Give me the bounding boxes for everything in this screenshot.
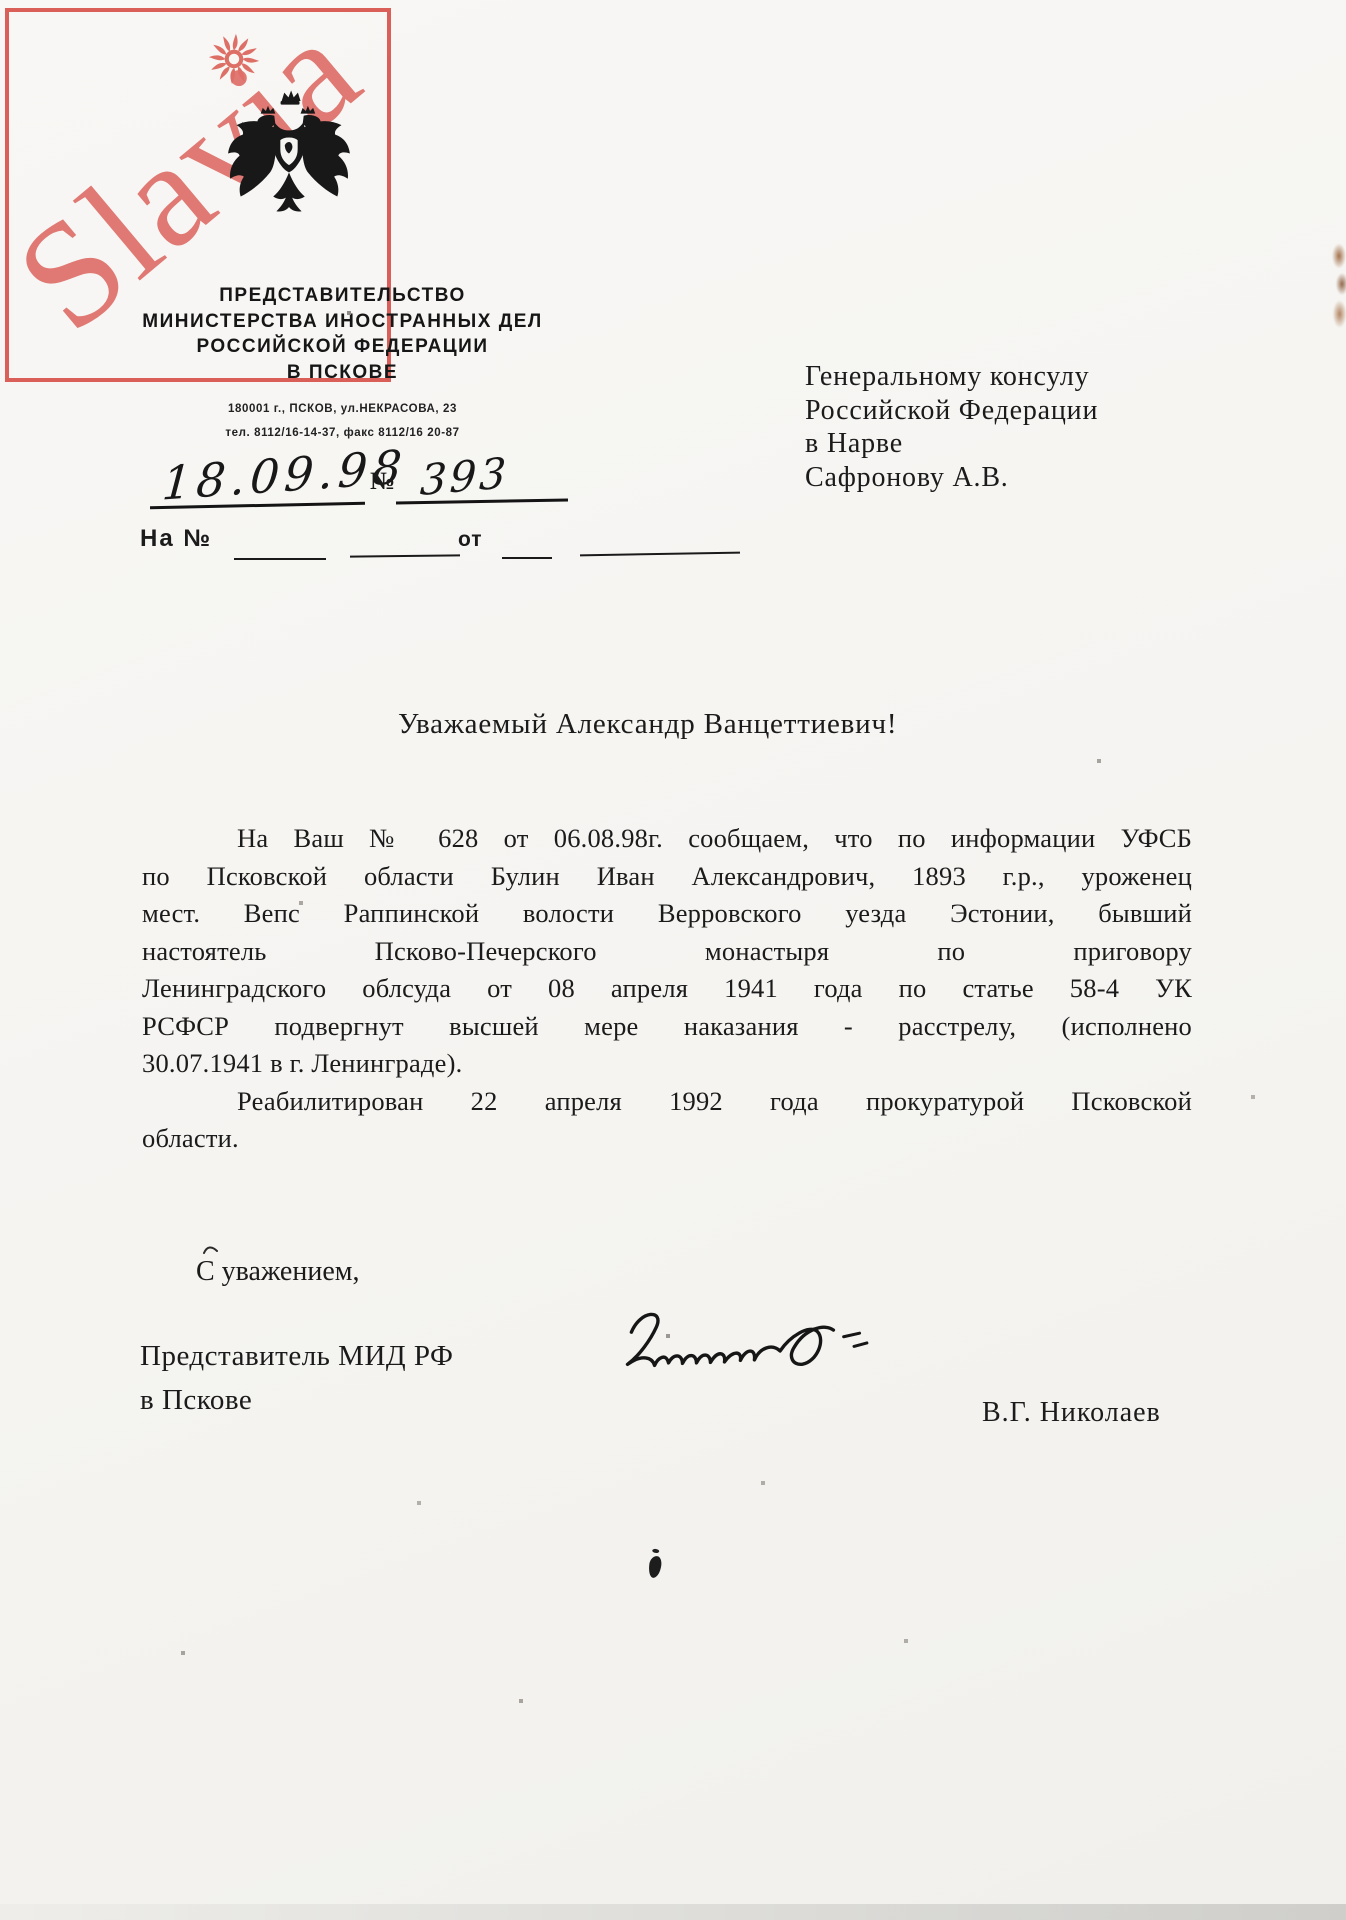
blank-underline [580,552,740,557]
salutation: Уважаемый Александр Ванцеттиевич! [398,708,897,741]
addressee-line-1: Генеральному консулу [805,360,1205,394]
number-sign: № [370,468,395,496]
addressee-line-4: Сафронову А.В. [805,461,1205,495]
letterhead-contact-block: 180001 г., ПСКОВ, ул.НЕКРАСОВА, 23 тел. … [120,397,565,445]
body-line: 30.07.1941 в г. Ленинграде). [142,1045,1192,1083]
signer-name: В.Г. Николаев [982,1397,1161,1429]
scanned-letter-page: Slavia ПРЕДСТАВИТЕЛЬСТВО МИНИСТЕР [0,0,1346,1920]
addressee-line-2: Российской Федерации [805,394,1205,428]
regards-line: С уважением, [196,1256,359,1288]
letterhead-address: 180001 г., ПСКОВ, ул.НЕКРАСОВА, 23 [120,397,565,421]
handwritten-number: 393 [419,448,510,505]
blank-underline [502,557,552,559]
letter-body: На Ваш № 628 от 06.08.98г. сообщаем, что… [142,820,1192,1158]
scan-speckles [0,0,2,2]
body-line: по Псковской области Булин Иван Александ… [142,858,1192,896]
body-line: настоятель Псково-Печерского монастыря п… [142,933,1192,971]
reply-ref-label: На № [140,525,212,553]
letterhead-line-1: ПРЕДСТАВИТЕЛЬСТВО [120,283,565,309]
letterhead-line-3: РОССИЙСКОЙ ФЕДЕРАЦИИ [120,334,565,360]
letterhead-line-4: В ПСКОВЕ [120,360,565,386]
ink-tilde-mark [203,1244,219,1256]
from-label: от [458,528,483,552]
ink-blob [648,1555,663,1578]
body-line: области. [142,1120,1192,1158]
paper-stain [1318,236,1346,336]
blank-underline [234,558,326,560]
signature-scrawl-icon [592,1291,909,1406]
blank-underline [350,554,460,557]
body-line: Ленинградского облсуда от 08 апреля 1941… [142,970,1192,1008]
body-line: мест. Вепс Раппинской волости Верровског… [142,895,1192,933]
letterhead-line-2: МИНИСТЕРСТВА ИНОСТРАННЫХ ДЕЛ [120,309,565,335]
addressee-block: Генеральному консулу Российской Федераци… [805,360,1205,494]
letterhead-phone-fax: тел. 8112/16-14-37, факс 8112/16 20-87 [120,421,565,445]
letterhead-org-block: ПРЕДСТАВИТЕЛЬСТВО МИНИСТЕРСТВА ИНОСТРАНН… [120,283,565,385]
double-headed-eagle-icon [226,90,352,238]
body-line: РСФСР подвергнут высшей мере наказания -… [142,1008,1192,1046]
body-line: Реабилитирован 22 апреля 1992 года проку… [142,1083,1192,1121]
sender-title-line-2: в Пскове [140,1384,252,1417]
body-line: На Ваш № 628 от 06.08.98г. сообщаем, что… [142,820,1192,858]
addressee-line-3: в Нарве [805,427,1205,461]
sender-title-line-1: Представитель МИД РФ [140,1340,453,1373]
